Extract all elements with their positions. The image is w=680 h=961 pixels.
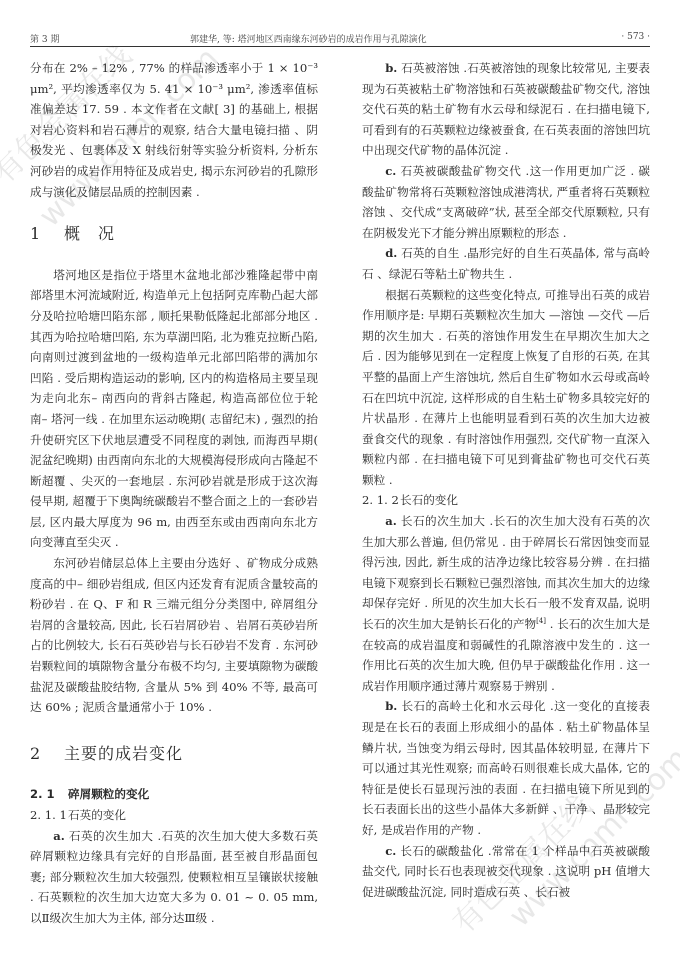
section-number: 1 <box>30 224 64 245</box>
item-paragraph-quartz-a: a. 石英的次生加大 .石英的次生加大使大多数石英碎屑颗粒边缘具有完好的自形晶面… <box>30 826 318 929</box>
running-title: 郭建华, 等: 塔河地区西南缘东河砂岩的成岩作用与孔隙演化 <box>190 32 427 45</box>
item-paragraph-feldspar-a: a. 长石的次生加大 .长石的次生加大没有石英的次生加大那么普遍, 但仍常见 .… <box>362 511 650 696</box>
item-paragraph-quartz-c: c. 石英被碳酸盐矿物交代 .这一作用更加广泛 . 碳酸盐矿物常将石英颗粒溶蚀成… <box>362 161 650 243</box>
summary-paragraph: 根据石英颗粒的这些变化特点, 可推导出石英的成岩作用顺序是: 早期石英颗粒次生加… <box>362 285 650 491</box>
item-heading: 长石的次生加大 . <box>401 514 493 528</box>
item-label: d. <box>385 246 397 260</box>
item-text: 这一变化的直接表现是在长石的表面上形成细小的晶体 . 粘土矿物晶体呈鳞片状, 当… <box>362 699 650 837</box>
subsubsection-number: 2. 1. 1 <box>30 805 68 826</box>
item-text: 石英的次生加大使大多数石英碎屑颗粒边缘具有完好的自形晶面, 甚至被自形晶面包裹;… <box>30 829 318 925</box>
item-heading: 长石的高岭土化和水云母化 . <box>401 699 553 713</box>
subsection-heading: 2. 1碎屑颗粒的变化 <box>30 784 318 805</box>
subsubsection-title: 石英的变化 <box>68 808 126 822</box>
item-label: a. <box>385 514 397 528</box>
section-title: 概 况 <box>64 224 115 243</box>
item-heading: 长石的碳酸盐化 . <box>400 844 491 858</box>
intro-paragraph: 分布在 2% – 12% , 77% 的样品渗透率小于 1 × 10⁻³ μm²… <box>30 58 318 202</box>
section-heading-diagenesis: 2主要的成岩变化 <box>30 744 318 765</box>
item-paragraph-quartz-d: d. 石英的自生 .晶形完好的自生石英晶体, 常与高岭石 、绿泥石等粘土矿物共生… <box>362 243 650 284</box>
right-column: b. 石英被溶蚀 .石英被溶蚀的现象比较常见, 主要表现为石英被粘土矿物溶蚀和石… <box>362 58 650 902</box>
subsubsection-heading: 2. 1. 1石英的变化 <box>30 805 318 826</box>
left-column: 分布在 2% – 12% , 77% 的样品渗透率小于 1 × 10⁻³ μm²… <box>30 58 318 929</box>
item-text: 长石的次生加大没有石英的次生加大那么普遍, 但仍常见 . 由于碎屑长石常因蚀变而… <box>362 514 650 631</box>
item-heading: 石英的自生 . <box>401 246 467 260</box>
section-title: 主要的成岩变化 <box>64 744 183 763</box>
body-paragraph: 塔河地区是指位于塔里木盆地北部沙雅隆起带中南部塔里木河流域附近, 构造单元上包括… <box>30 265 318 553</box>
item-label: b. <box>385 61 397 75</box>
subsection-title: 碎屑颗粒的变化 <box>68 787 149 801</box>
section-number: 2 <box>30 744 64 765</box>
item-heading: 石英被碳酸盐矿物交代 . <box>400 164 529 178</box>
item-paragraph-quartz-b: b. 石英被溶蚀 .石英被溶蚀的现象比较常见, 主要表现为石英被粘土矿物溶蚀和石… <box>362 58 650 161</box>
item-paragraph-feldspar-b: b. 长石的高岭土化和水云母化 .这一变化的直接表现是在长石的表面上形成细小的晶… <box>362 696 650 840</box>
running-header: 第 3 期 郭建华, 等: 塔河地区西南缘东河砂岩的成岩作用与孔隙演化 · 57… <box>30 30 650 47</box>
item-label: a. <box>53 829 65 843</box>
item-label: b. <box>385 699 397 713</box>
item-paragraph-feldspar-c: c. 长石的碳酸盐化 .常常在 1 个样品中石英被碳酸盐交代, 同时长石也表现被… <box>362 841 650 903</box>
subsubsection-heading: 2. 1. 2长石的变化 <box>362 490 650 511</box>
page-number: · 573 · <box>621 32 650 42</box>
subsubsection-number: 2. 1. 2 <box>362 490 400 511</box>
item-label: c. <box>385 844 396 858</box>
citation-reference[interactable]: [4] <box>536 617 546 625</box>
section-heading-overview: 1概 况 <box>30 224 318 245</box>
item-text: 石英被溶蚀的现象比较常见, 主要表现为石英被粘土矿物溶蚀和石英被碳酸盐矿物交代,… <box>362 61 650 157</box>
item-label: c. <box>385 164 396 178</box>
body-paragraph: 东河砂岩储层总体上主要由分选好 、矿物成分成熟度高的中– 细砂岩组成, 但区内还… <box>30 553 318 718</box>
issue-number: 第 3 期 <box>30 32 59 45</box>
subsubsection-title: 长石的变化 <box>400 493 458 507</box>
item-heading: 石英被溶蚀 . <box>401 61 467 75</box>
subsection-number: 2. 1 <box>30 784 68 805</box>
item-heading: 石英的次生加大 . <box>69 829 161 843</box>
